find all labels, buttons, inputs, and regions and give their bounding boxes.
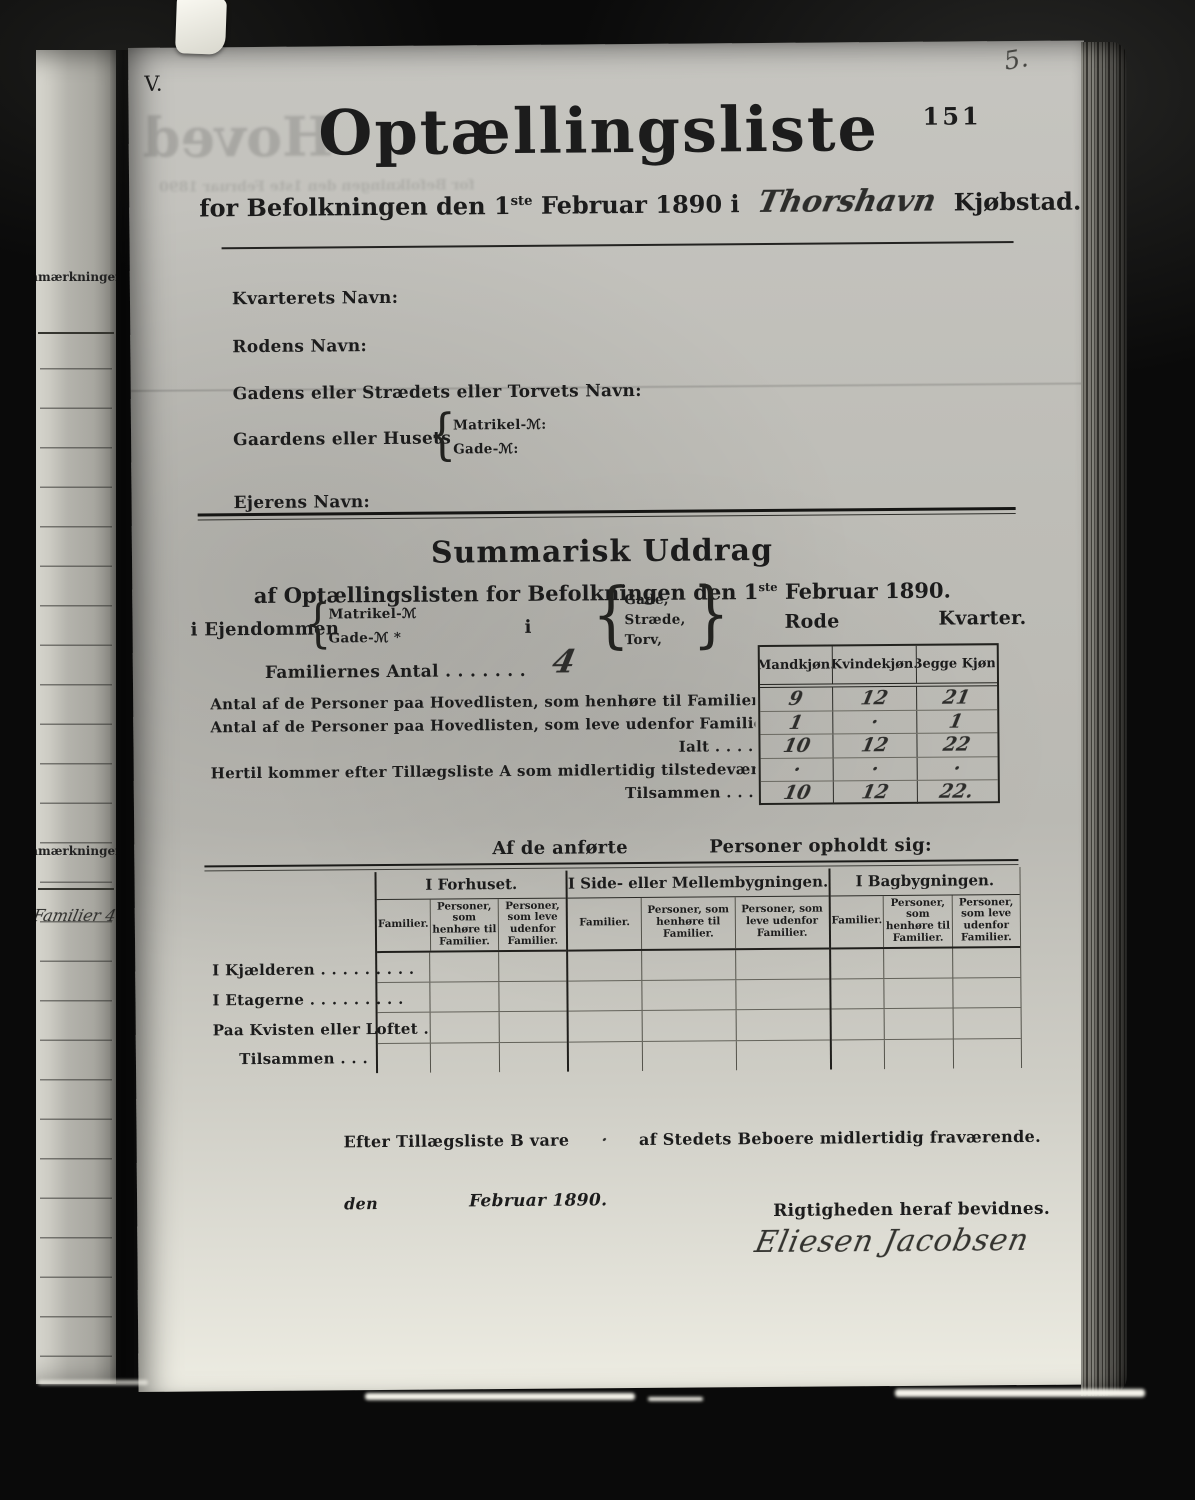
rode-label: Rode	[784, 610, 839, 632]
property-torv-option: Torv,	[625, 632, 663, 648]
group-forhuset: I Forhuset. Familier. Personer, som henh…	[374, 871, 567, 1073]
attestation-line: Rigtigheden heraf bevidnes.	[773, 1199, 1050, 1221]
summary-row-label-4: Hertil kommer efter Tillægsliste A som m…	[211, 760, 756, 782]
cell-value: 12	[860, 734, 891, 756]
summary-row-label-5: Tilsammen . . .	[211, 783, 754, 805]
margin-handwritten-note: v. Familier 4.	[36, 906, 116, 925]
kvarter-label: Kvarter.	[938, 607, 1026, 630]
residence-heading-left: Af de anførte	[492, 837, 628, 859]
cell-value: ·	[951, 757, 962, 779]
subcol-udenfor: Personer, som leve udenfor Familier.	[498, 898, 567, 949]
summary-subtitle-post: Februar 1890.	[778, 578, 951, 604]
field-rode-label: Rodens Navn:	[232, 336, 367, 357]
previous-page-edge: Anmærkninger. Anmærkninger. v. Familier …	[36, 50, 116, 1384]
subtitle-suffix: Kjøbstad.	[954, 187, 1082, 217]
place-name-handwritten: Thorshavn	[754, 184, 939, 220]
empty-row	[569, 1009, 829, 1041]
bottom-edge-highlight	[648, 1397, 703, 1401]
cell-value: 22	[941, 734, 972, 756]
absent-post: af Stedets Beboere midlertidig fraværend…	[639, 1127, 1041, 1149]
subcol-henhore: Personer, som henhøre til Familier.	[429, 899, 498, 950]
empty-row	[831, 948, 1021, 979]
empty-row	[569, 978, 829, 1010]
property-brace-2-close: }	[692, 571, 730, 656]
empty-row	[569, 1039, 829, 1071]
empty-row	[831, 977, 1021, 1009]
bottom-edge-highlight	[38, 1380, 148, 1385]
date-line: Februar 1890.	[469, 1190, 607, 1211]
section-corner-mark: V.	[144, 72, 162, 96]
group-mellembygning: I Side- eller Mellembygningen. Familier.…	[566, 869, 830, 1072]
property-mid: i	[524, 617, 531, 638]
property-gade-no: Gade-ℳ *	[329, 630, 402, 647]
property-matrikel-no: Matrikel-ℳ	[328, 606, 416, 623]
empty-row	[377, 981, 567, 1013]
table-row: 1 · 1	[760, 709, 997, 734]
empty-row	[831, 1007, 1021, 1039]
margin-heavy-rule-bottom	[38, 888, 114, 890]
table-row: 10 12 22	[760, 732, 997, 757]
empty-row	[378, 1041, 568, 1073]
absent-pre: Efter Tillægsliste B vare	[344, 1131, 570, 1152]
margin-column-header-top: Anmærkninger.	[36, 270, 116, 284]
field-ejer-label: Ejerens Navn:	[233, 492, 370, 513]
subcol-udenfor: Personer, som leve udenfor Familier.	[734, 896, 828, 947]
date-prefix: den	[344, 1194, 378, 1213]
horizontal-rule	[222, 241, 1014, 249]
families-count-value: 4	[549, 642, 579, 680]
form-brace: {	[428, 403, 456, 467]
cell-value: 10	[781, 782, 812, 804]
subcol-familier: Familier.	[377, 900, 430, 951]
signature-handwritten: Eliesen Jacobsen	[752, 1223, 1032, 1260]
margin-column-header-bottom: Anmærkninger.	[36, 844, 116, 858]
empty-row	[569, 949, 829, 980]
subcol-henhore: Personer, som henhøre til Familier.	[883, 895, 952, 946]
cell-value: 9	[787, 688, 805, 710]
col-mandkjon: Mandkjøn.	[760, 646, 832, 684]
cell-value: ·	[791, 758, 802, 780]
empty-row	[831, 1038, 1021, 1070]
col-kvindekjon: Kvindekjøn.	[832, 646, 916, 684]
res-row-label-tilsammen: Tilsammen . . .	[218, 1049, 368, 1068]
subcol-familier: Familier.	[568, 898, 641, 949]
book-page-edges	[1081, 42, 1127, 1396]
cell-value: 1	[947, 710, 965, 732]
empty-row	[377, 951, 567, 982]
table-row: · · ·	[761, 756, 998, 781]
subcol-udenfor: Personer, som leve udenfor Familier.	[951, 895, 1020, 946]
group-subheader: Familier. Personer, som henhøre til Fami…	[830, 895, 1020, 949]
group-bagbygning: I Bagbygningen. Familier. Personer, som …	[828, 867, 1022, 1070]
property-brace-1: {	[304, 592, 331, 653]
empty-row	[378, 1011, 568, 1043]
absent-line: Efter Tillægsliste B vare · af Stedets B…	[344, 1127, 1041, 1151]
field-gade-no-label: Gade-ℳ:	[453, 441, 519, 458]
cell-value: ·	[870, 758, 881, 780]
census-form-page: V. Hoved for Befolkningen den 1ste Febru…	[128, 40, 1095, 1391]
group-title: I Forhuset.	[376, 871, 566, 900]
bottom-edge-highlight	[365, 1393, 635, 1400]
cell-value: ·	[869, 711, 880, 733]
summary-table-header: Mandkjøn. Kvindekjøn. Begge Kjøn.	[760, 645, 997, 688]
table-row: 10 12 22.	[761, 779, 998, 804]
paper-scrap	[175, 0, 227, 55]
summary-row-label-1: Antal af de Personer paa Hovedlisten, so…	[210, 691, 755, 713]
residence-heading-right: Personer opholdt sig:	[709, 835, 932, 858]
summary-row-label-3: Ialt . . . .	[210, 737, 753, 759]
margin-heavy-rule-top	[38, 332, 114, 334]
subtitle-mid: Februar 1890 i	[532, 189, 739, 220]
table-row: 9 12 21	[760, 686, 997, 710]
families-count-label: Familiernes Antal . . . . . . .	[265, 661, 526, 683]
residence-table: I Forhuset. Familier. Personer, som henh…	[374, 867, 1022, 1073]
property-straede-option: Stræde,	[624, 612, 685, 628]
cell-value: 22.	[938, 781, 976, 803]
subcol-familier: Familier.	[830, 896, 883, 947]
summary-title: Summarisk Uddrag	[222, 531, 982, 572]
absent-handwritten-mark: ·	[599, 1130, 609, 1149]
summary-count-table: Mandkjøn. Kvindekjøn. Begge Kjøn. 9 12 2…	[758, 643, 1000, 805]
cell-value: 1	[787, 711, 805, 733]
group-subheader: Familier. Personer, som henhøre til Fami…	[377, 898, 567, 952]
cell-value: 12	[859, 687, 890, 709]
subtitle-prefix: for Befolkningen den 1	[199, 191, 511, 222]
group-subheader: Familier. Personer, som henhøre til Fami…	[568, 896, 829, 951]
bottom-edge-highlight	[895, 1389, 1145, 1397]
field-gaard-label: Gaardens eller Husets	[233, 428, 451, 450]
page-title: Optællingsliste	[218, 91, 979, 170]
page-subtitle: for Befolkningen den 1ste Februar 1890 i…	[199, 183, 999, 224]
cell-value: 12	[860, 781, 891, 803]
field-gade-label: Gadens eller Strædets eller Torvets Navn…	[233, 381, 642, 404]
cell-value: 21	[941, 687, 972, 709]
cell-value: 10	[781, 735, 812, 757]
printed-page-number: 151	[922, 101, 981, 130]
summary-row-label-2: Antal af de Personer paa Hovedlisten, so…	[210, 714, 755, 736]
subcol-henhore: Personer, som henhøre til Familier.	[641, 897, 735, 948]
group-title: I Bagbygningen.	[830, 867, 1020, 896]
property-gade-option: Gade,	[624, 592, 669, 608]
pencil-page-number: 5.	[1002, 43, 1030, 76]
group-title: I Side- eller Mellembygningen.	[568, 869, 828, 899]
summary-subtitle-ordinal: ste	[758, 580, 777, 594]
field-matrikel-no-label: Matrikel-ℳ:	[453, 417, 547, 434]
col-beggekjon: Begge Kjøn.	[916, 645, 995, 683]
field-kvarter-label: Kvarterets Navn:	[232, 288, 398, 309]
subtitle-ordinal: ste	[511, 194, 533, 209]
